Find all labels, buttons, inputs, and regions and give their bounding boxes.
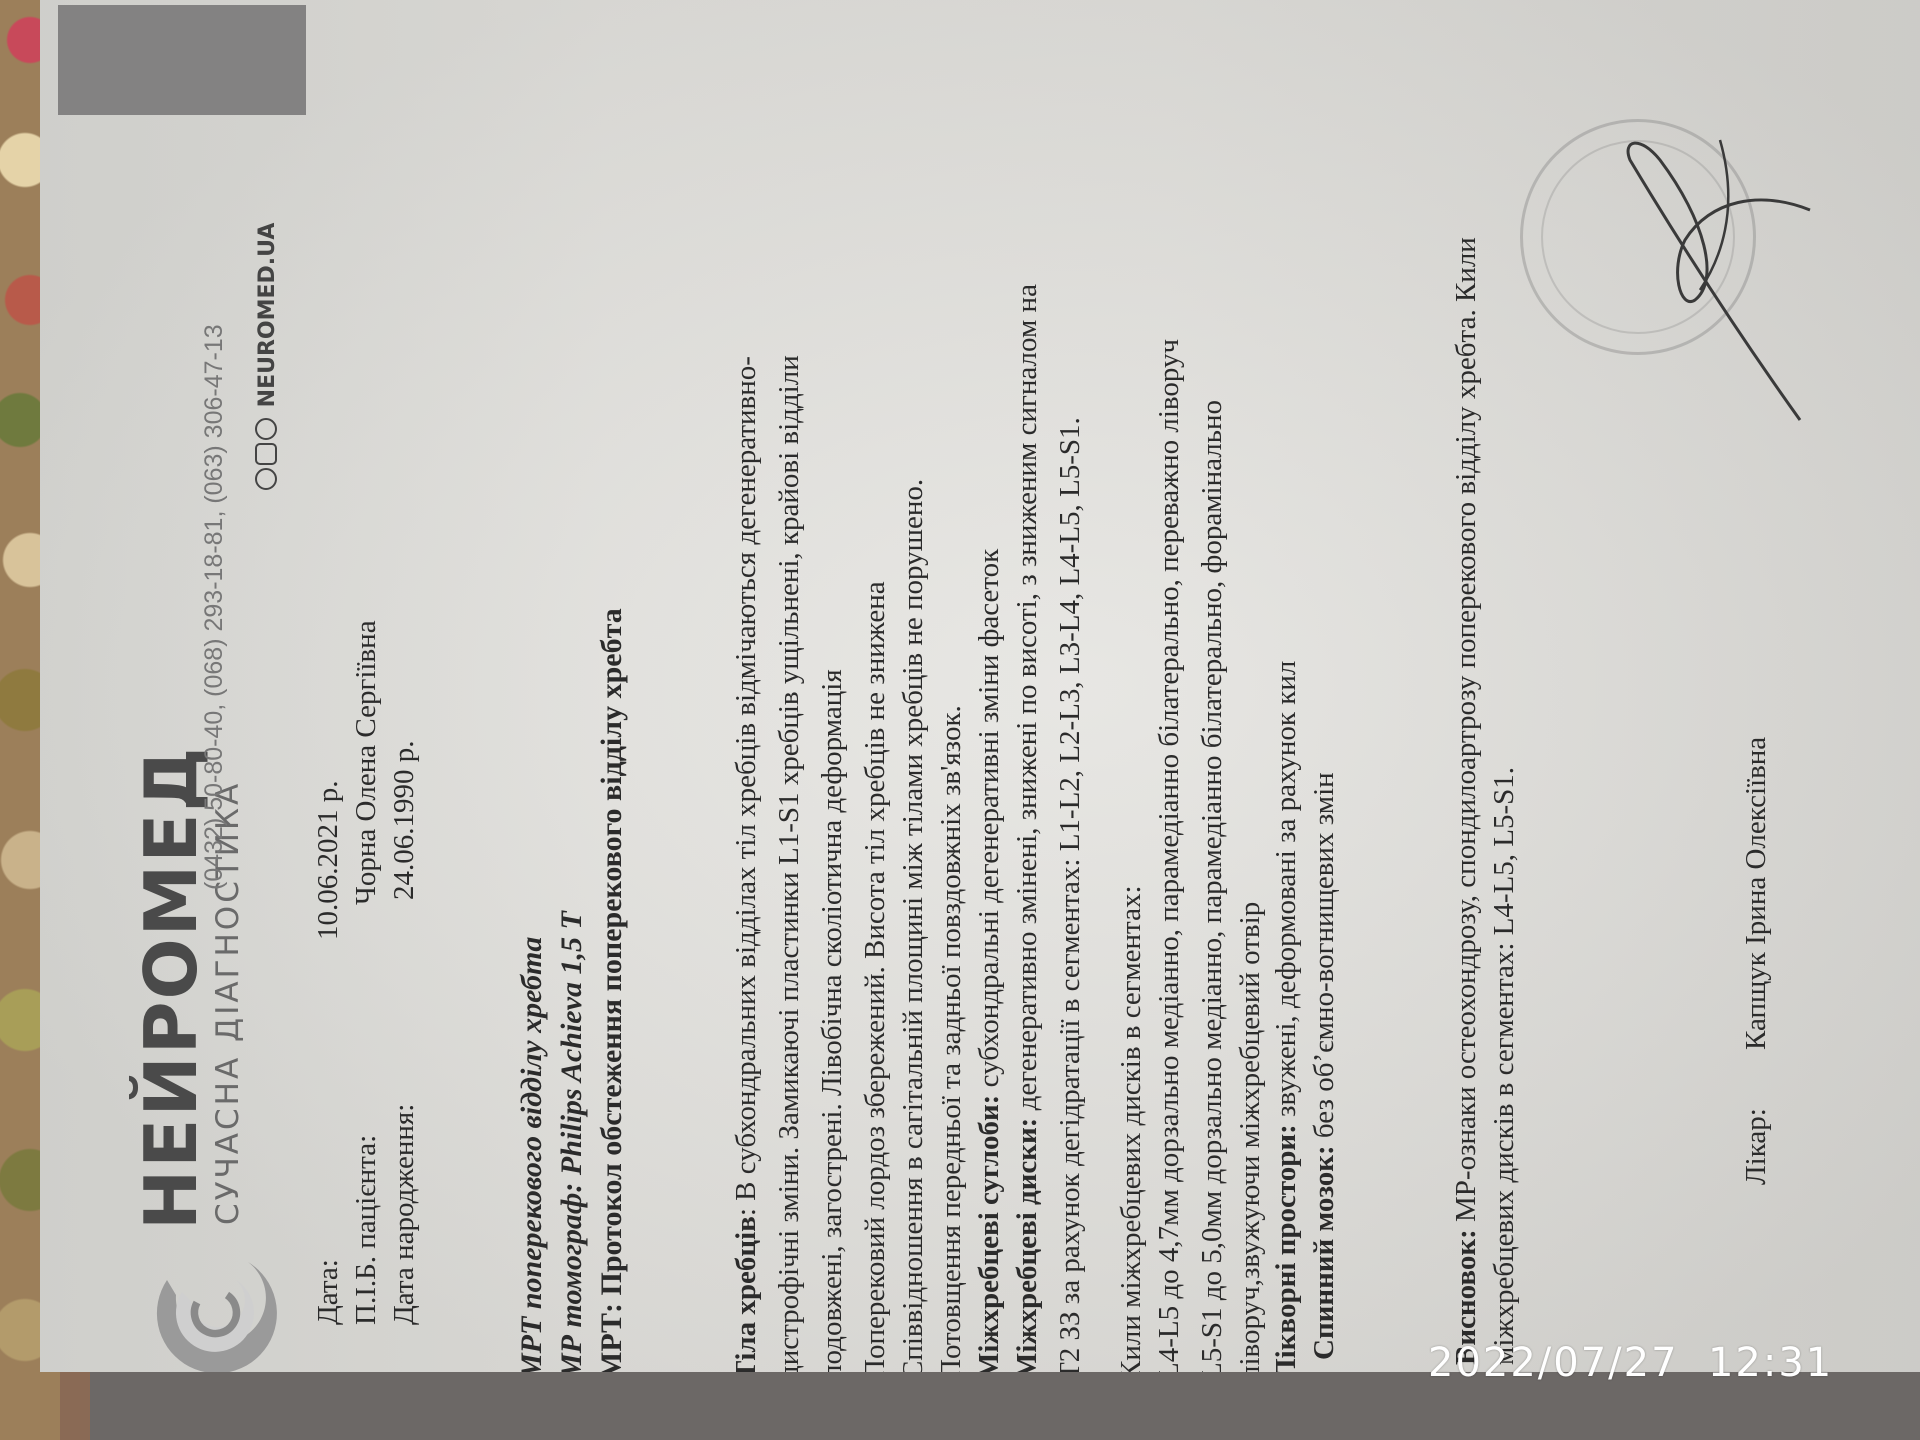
patient-name-value: Чорна Олена Сергіївна bbox=[350, 620, 383, 905]
dob-value: 24.06.1990 р. bbox=[388, 741, 421, 901]
vertebrae-line-4: Поперековий лордоз збережений. Висота ті… bbox=[859, 581, 892, 1380]
doctor-label: Лікар: bbox=[1740, 1108, 1773, 1185]
conclusion-line-1: Висновок: МР-ознаки остеохондрозу, спонд… bbox=[1450, 237, 1483, 1365]
exam-type: МРТ поперекового відділу хребта bbox=[515, 937, 549, 1380]
date-value: 10.06.2021 р. bbox=[312, 781, 345, 941]
document-page: НЕЙРОМЕД СУЧАСНА ДІАГНОСТИКА (0432) 50-8… bbox=[40, 0, 1920, 1440]
doctor-signature-icon bbox=[1600, 120, 1830, 440]
dob-label: Дата народження: bbox=[388, 1104, 421, 1325]
vertebrae-line-1: Тіла хребців: В субхондральних відділах … bbox=[730, 356, 763, 1380]
vertebrae-line-6: Потовщення передньої та задньої повздовж… bbox=[935, 705, 968, 1380]
discs: Міжхребцеві диски: дегенеративно змінені… bbox=[1011, 284, 1044, 1380]
neuromed-logo-icon bbox=[140, 1235, 290, 1385]
vertebrae-line-3: подовжені, загострені. Лівобічна сколіот… bbox=[816, 669, 849, 1380]
doctor-name: Капщук Ірина Олексіївна bbox=[1740, 737, 1773, 1050]
facet-joints: Міжхребцеві суглоби: субхондральні деген… bbox=[973, 549, 1006, 1380]
hernia-l4-l5: L4-L5 до 4,7мм дорзально медіанно, парам… bbox=[1153, 339, 1186, 1380]
vertebrae-line-2: дистрофічні зміни. Замикаючі пластинки L… bbox=[773, 355, 806, 1380]
hernia-foramen: ліворуч,звужуючи міжхребцевий отвір bbox=[1234, 902, 1267, 1380]
date-label: Дата: bbox=[312, 1259, 345, 1325]
photo-timestamp: 2022/07/27 12:31 bbox=[1428, 1340, 1833, 1386]
csf-spaces: Ліквoрні простори: звужені, деформовані … bbox=[1270, 661, 1303, 1380]
globe-icon bbox=[255, 468, 277, 490]
vertebrae-line-5: Співвідношення в сагітальній площині між… bbox=[897, 479, 930, 1380]
scanner-model: МР томограф: Philips Achieva 1,5 T bbox=[555, 911, 589, 1380]
protocol-title: МРТ: Протокол обстеження поперекового ві… bbox=[595, 608, 629, 1380]
conclusion-line-2: міжхребцевих дисків в сегментах: L4-L5, … bbox=[1488, 767, 1521, 1365]
website-url: NEUROMED.UA bbox=[255, 223, 280, 408]
discs-t2: Т2 ЗЗ за рахунок дегідратації в сегмента… bbox=[1054, 417, 1087, 1380]
website: NEUROMED.UA bbox=[255, 223, 280, 490]
hernia-intro: Кили міжхребцевих дисків в сегментах: bbox=[1115, 885, 1148, 1380]
hernia-l5-s1: L5-S1 до 5,0мм дорзально медіанно, парам… bbox=[1196, 400, 1229, 1380]
patient-name-label: П.І.Б. пацієнта: bbox=[350, 1135, 383, 1325]
spinal-cord: Спинний мозок: без об’ємно-вогнищевих зм… bbox=[1308, 772, 1341, 1360]
brand-name: НЕЙРОМЕД bbox=[135, 745, 207, 1230]
instagram-icon bbox=[255, 443, 277, 465]
facebook-icon bbox=[255, 418, 277, 440]
contact-phones: (0432) 50-80-40, (068) 293-18-81, (063) … bbox=[200, 324, 229, 890]
